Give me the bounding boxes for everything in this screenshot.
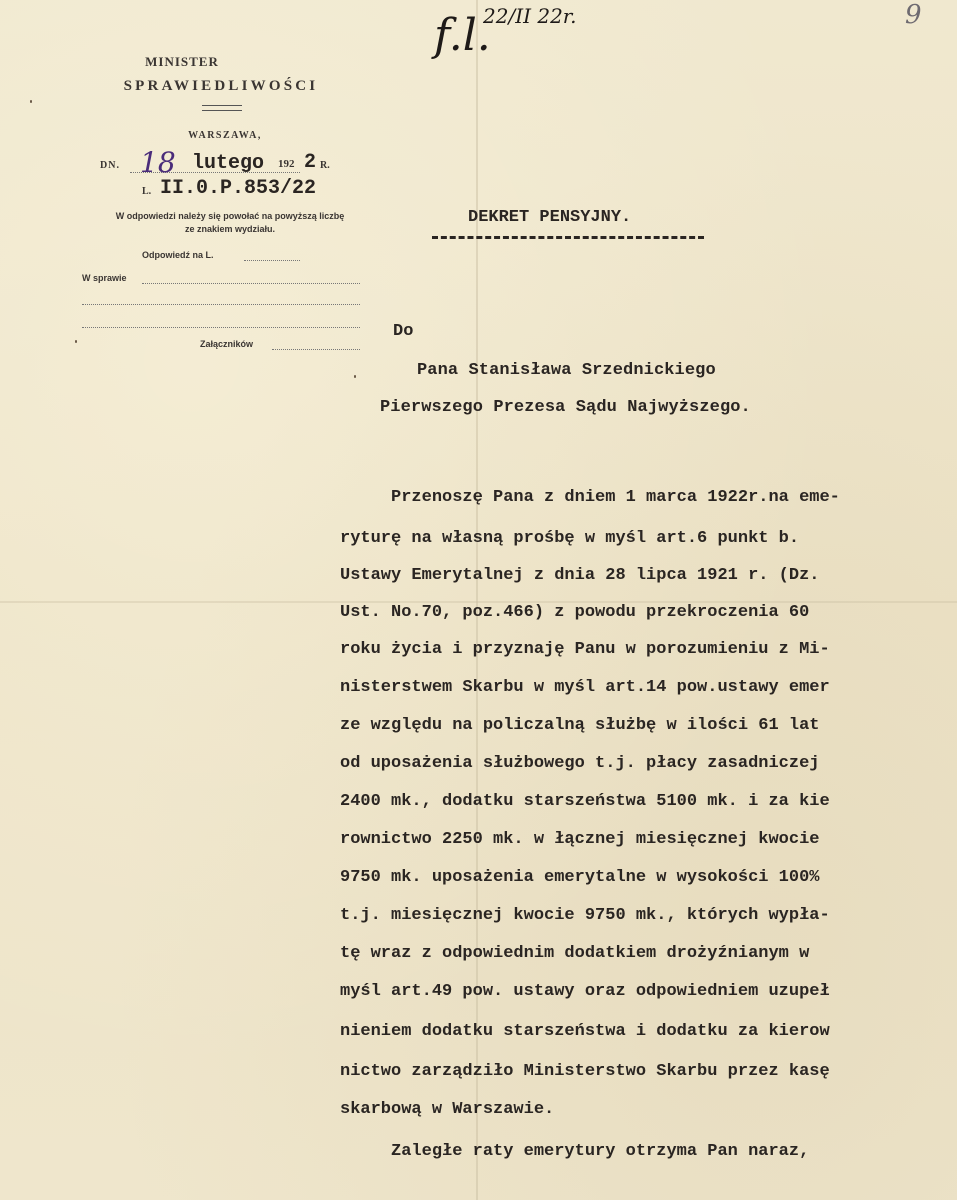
body-line: roku życia i przyznaję Panu w porozumien… — [340, 640, 830, 659]
letterhead-date-row: DN. 18 lutego 192 2 R. — [100, 148, 360, 176]
date-prefix: DN. — [100, 160, 120, 171]
body-line: t.j. miesięcznej kwocie 9750 mk., któryc… — [340, 906, 830, 925]
reply-dotted-line — [244, 260, 300, 261]
address-line-2: Pierwszego Prezesa Sądu Najwyższego. — [380, 398, 751, 417]
body-line: nieniem dodatku starszeństwa i dodatku z… — [340, 1022, 830, 1041]
letterhead-note: W odpowiedzi należy się powołać na powyż… — [60, 210, 400, 236]
body-line: Przenoszę Pana z dniem 1 marca 1922r.na … — [340, 488, 840, 507]
reply-label: Odpowiedź na L. — [142, 250, 214, 260]
matter-dotted-line-2 — [82, 304, 360, 305]
letterhead-ministry: SPRAWIEDLIWOŚCI — [60, 78, 382, 95]
matter-dotted-line-3 — [82, 327, 360, 328]
reference-prefix: L. — [142, 186, 151, 197]
matter-label: W sprawie — [82, 273, 127, 283]
attachments-label: Załączników — [200, 339, 253, 349]
body-line: Zaległe raty emerytury otrzyma Pan naraz… — [340, 1142, 809, 1161]
body-line: ze względu na policzalną służbę w ilości… — [340, 716, 819, 735]
body-line: Ust. No.70, poz.466) z powodu przekrocze… — [340, 603, 809, 622]
note-line-1: W odpowiedzi należy się powołać na powyż… — [60, 210, 400, 223]
paper-background — [0, 0, 957, 1200]
title-dashed-underline — [432, 236, 704, 239]
reference-number: II.0.P.853/22 — [160, 177, 316, 200]
date-year-r: R. — [320, 160, 330, 171]
body-line: myśl art.49 pow. ustawy oraz odpowiednie… — [340, 982, 830, 1001]
date-year-suffix: 2 — [304, 151, 316, 174]
body-line: nictwo zarządziło Ministerstwo Skarbu pr… — [340, 1062, 830, 1081]
page-number: 9 — [905, 0, 922, 30]
body-line: nisterstwem Skarbu w myśl art.14 pow.ust… — [340, 678, 830, 697]
body-line: 2400 mk., dodatku starszeństwa 5100 mk. … — [340, 792, 830, 811]
body-line: ryturę na własną prośbę w myśl art.6 pun… — [340, 529, 799, 548]
address-line-1: Pana Stanisława Srzednickiego — [417, 361, 716, 380]
handwritten-date: 22/II 22r. — [483, 4, 577, 28]
letterhead-city: WARSZAWA, — [160, 130, 290, 141]
paper-fold-vertical — [476, 0, 478, 1200]
paper-speck — [30, 100, 32, 103]
body-line: skarbową w Warszawie. — [340, 1100, 554, 1119]
body-line: tę wraz z odpowiednim dodatkiem drożyźni… — [340, 944, 809, 963]
date-year-prefix: 192 — [278, 158, 295, 170]
body-line: rownictwo 2250 mk. w łącznej miesięcznej… — [340, 830, 819, 849]
body-line: Ustawy Emerytalnej z dnia 28 lipca 1921 … — [340, 566, 819, 585]
date-month: lutego — [192, 152, 264, 175]
paper-speck — [75, 340, 77, 343]
letterhead-minister: MINISTER — [112, 54, 252, 70]
date-day-handwritten: 18 — [140, 146, 176, 179]
matter-dotted-line-1 — [142, 283, 360, 284]
document-title: DEKRET PENSYJNY. — [468, 208, 631, 227]
body-line: od uposażenia służbowego t.j. płacy zasa… — [340, 754, 819, 773]
body-line: 9750 mk. uposażenia emerytalne w wysokoś… — [340, 868, 819, 887]
address-to: Do — [393, 322, 414, 341]
letterhead-double-rule — [202, 105, 242, 111]
paper-speck — [354, 375, 356, 378]
attachments-dotted-line — [272, 349, 360, 350]
note-line-2: ze znakiem wydziału. — [60, 223, 400, 236]
